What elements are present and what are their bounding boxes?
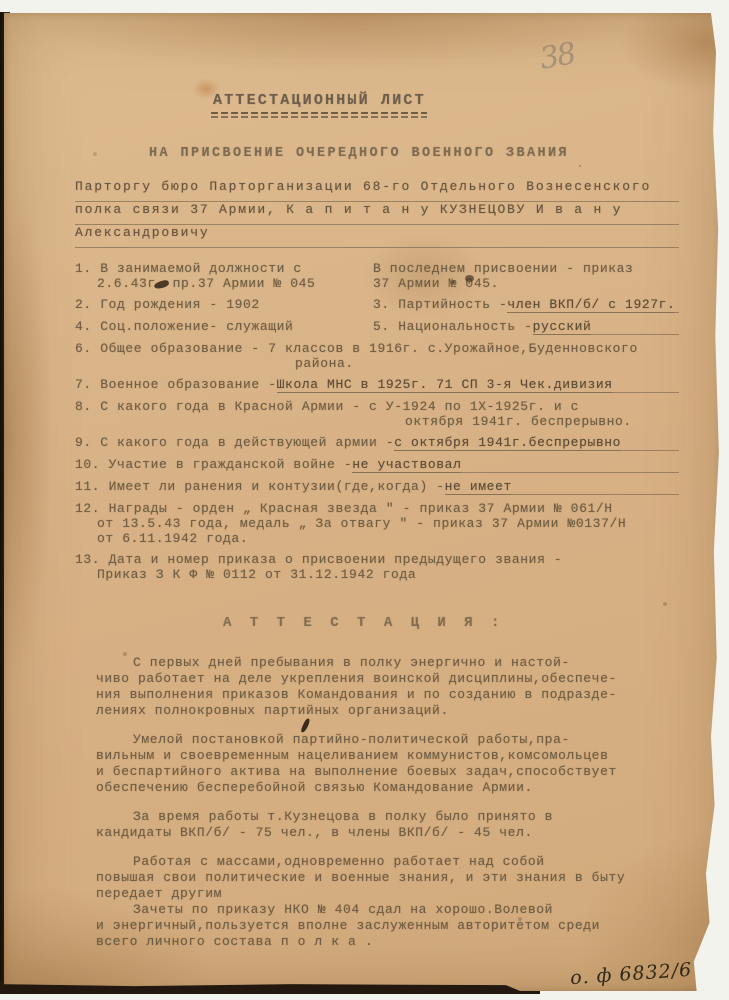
handwritten-fund-note: о. ф 6832/6 xyxy=(569,959,693,989)
field-text: октября 1941г. беспрерывно. xyxy=(75,414,679,429)
field-text: района. xyxy=(75,356,679,371)
paragraph-line: вильным и своевременным нацеливанием ком… xyxy=(96,748,679,764)
paragraph-line: ния выполнения приказов Командования и п… xyxy=(96,687,679,703)
field-label: 10. Участие в гражданской войне - xyxy=(75,457,352,473)
attestation-paragraph: Работая с массами,одновременно работает … xyxy=(96,854,679,902)
field-text: 2. Год рождения - 1902 xyxy=(75,297,373,313)
field-value: не участвовал xyxy=(352,457,461,473)
field-value: русский xyxy=(533,319,592,335)
underline-tail xyxy=(512,479,679,495)
underline-tail xyxy=(613,377,679,393)
attestation-paragraph: С первых дней пребывания в полку энергич… xyxy=(96,655,679,719)
underline-tail xyxy=(591,319,679,335)
field-text: 8. С какого года в Красной Армии - с У-1… xyxy=(75,399,679,414)
field-row-11: 11. Имеет ли ранения и контузии(где,когд… xyxy=(75,479,679,495)
field-text: от 13.5.43 года, медаль „ За отвагу " - … xyxy=(75,516,679,531)
addressee-line: полка связи 37 Армии, К а п и т а н у КУ… xyxy=(75,202,679,225)
paragraph-line: и беспартийного актива на выполнение бое… xyxy=(96,764,679,780)
typed-content: АТТЕСТАЦИОННЫЙ ЛИСТ НА ПРИСВОЕНИЕ ОЧЕРЕД… xyxy=(75,79,679,950)
document-title: АТТЕСТАЦИОННЫЙ ЛИСТ xyxy=(213,93,679,108)
field-row-10: 10. Участие в гражданской войне - не уча… xyxy=(75,457,679,473)
field-text: от 6.11.1942 года. xyxy=(75,531,679,546)
field-row-6: 6. Общее образование - 7 классов в 1916г… xyxy=(75,341,679,371)
field-text: 13. Дата и номер приказа о присвоении пр… xyxy=(75,552,679,567)
field-label: 7. Военное образование - xyxy=(75,377,277,393)
paragraph-line: повышая свои политические и военные знан… xyxy=(96,870,679,886)
paragraph-line: обеспечению бесперебойной связью Командо… xyxy=(96,780,679,796)
field-text: 2.6.43г. пр.37 Армии № 045 xyxy=(75,276,373,291)
field-text: 6. Общее образование - 7 классов в 1916г… xyxy=(75,341,679,356)
field-row-4-5: 4. Соц.положение- служащий 5. Национальн… xyxy=(75,319,679,335)
field-value: член ВКП/б/ с 1927г. xyxy=(507,297,675,313)
paragraph-line: кандидаты ВКП/б/ - 75 чел., в члены ВКП/… xyxy=(96,825,679,841)
field-text: 37 Армии № 045. xyxy=(373,276,679,291)
field-label: 5. Национальность - xyxy=(373,319,533,335)
attestation-paragraph: Зачеты по приказу НКО № 404 сдал на хоро… xyxy=(96,902,679,950)
field-text: В последнем присвоении - приказ xyxy=(373,261,679,276)
paragraph-line: чиво работает на деле укрепления воинско… xyxy=(96,671,679,687)
underline-tail xyxy=(621,435,679,451)
paper-specks xyxy=(4,13,6,15)
field-value: не имеет xyxy=(445,479,512,495)
paragraph-line: всего личного состава п о л к а . xyxy=(96,934,679,950)
attestation-heading: А Т Т Е С Т А Ц И Я : xyxy=(223,616,679,631)
addressee-line: Парторгу бюро Парторганизации 68-го Отде… xyxy=(75,179,679,202)
attestation-text: С первых дней пребывания в полку энергич… xyxy=(75,655,679,950)
field-text: 4. Соц.положение- служащий xyxy=(75,319,373,335)
field-row-2-3: 2. Год рождения - 1902 3. Партийность - … xyxy=(75,297,679,313)
ink-blot xyxy=(465,275,474,282)
paragraph-line: С первых дней пребывания в полку энергич… xyxy=(96,655,679,671)
field-row-12: 12. Награды - орден „ Красная звезда " -… xyxy=(75,501,679,546)
underline-tail xyxy=(461,457,679,473)
paragraph-line: За время работы т.Кузнецова в полку было… xyxy=(96,809,679,825)
document-page: 38 АТТЕСТАЦИОННЫЙ ЛИСТ НА ПРИСВОЕНИЕ ОЧЕ… xyxy=(4,13,721,991)
paragraph-line: Зачеты по приказу НКО № 404 сдал на хоро… xyxy=(96,902,679,918)
title-underline xyxy=(211,112,427,119)
addressee-line: Александровичу xyxy=(75,225,679,248)
field-row-13: 13. Дата и номер приказа о присвоении пр… xyxy=(75,552,679,582)
field-label: 3. Партийность - xyxy=(373,297,507,313)
handwritten-page-number: 38 xyxy=(537,36,577,76)
service-record-list: 1. В занимаемой должности с 2.6.43г. пр.… xyxy=(75,261,679,582)
field-row-8: 8. С какого года в Красной Армии - с У-1… xyxy=(75,399,679,429)
field-label: 11. Имеет ли ранения и контузии(где,когд… xyxy=(75,479,445,495)
field-text: 1. В занимаемой должности с xyxy=(75,261,373,276)
document-subtitle: НА ПРИСВОЕНИЕ ОЧЕРЕДНОГО ВОЕННОГО ЗВАНИЯ xyxy=(149,146,679,161)
field-text: 12. Награды - орден „ Красная звезда " -… xyxy=(75,501,679,516)
addressee-block: Парторгу бюро Парторганизации 68-го Отде… xyxy=(75,179,679,248)
attestation-paragraph: За время работы т.Кузнецова в полку было… xyxy=(96,809,679,841)
field-row-9: 9. С какого года в действующей армии - с… xyxy=(75,435,679,451)
field-row-7: 7. Военное образование - Школа МНС в 192… xyxy=(75,377,679,393)
paragraph-line: передает другим xyxy=(96,886,679,902)
paragraph-line: Умелой постановкой партийно-политической… xyxy=(96,732,679,748)
paragraph-line: лениях полнокровных партийных организаци… xyxy=(96,703,679,719)
paragraph-line: Работая с массами,одновременно работает … xyxy=(96,854,679,870)
field-value: с октября 1941г.беспрерывно xyxy=(394,435,621,451)
field-label: 9. С какого года в действующей армии - xyxy=(75,435,394,451)
underline-tail xyxy=(675,297,679,313)
paragraph-line: и энергичный,пользуется вполне заслуженн… xyxy=(96,918,679,934)
attestation-paragraph: Умелой постановкой партийно-политической… xyxy=(96,732,679,796)
field-value: Школа МНС в 1925г. 71 СП 3-я Чек.дивизия xyxy=(277,377,613,393)
field-text: Приказ З К Ф № 0112 от 31.12.1942 года xyxy=(75,567,679,582)
